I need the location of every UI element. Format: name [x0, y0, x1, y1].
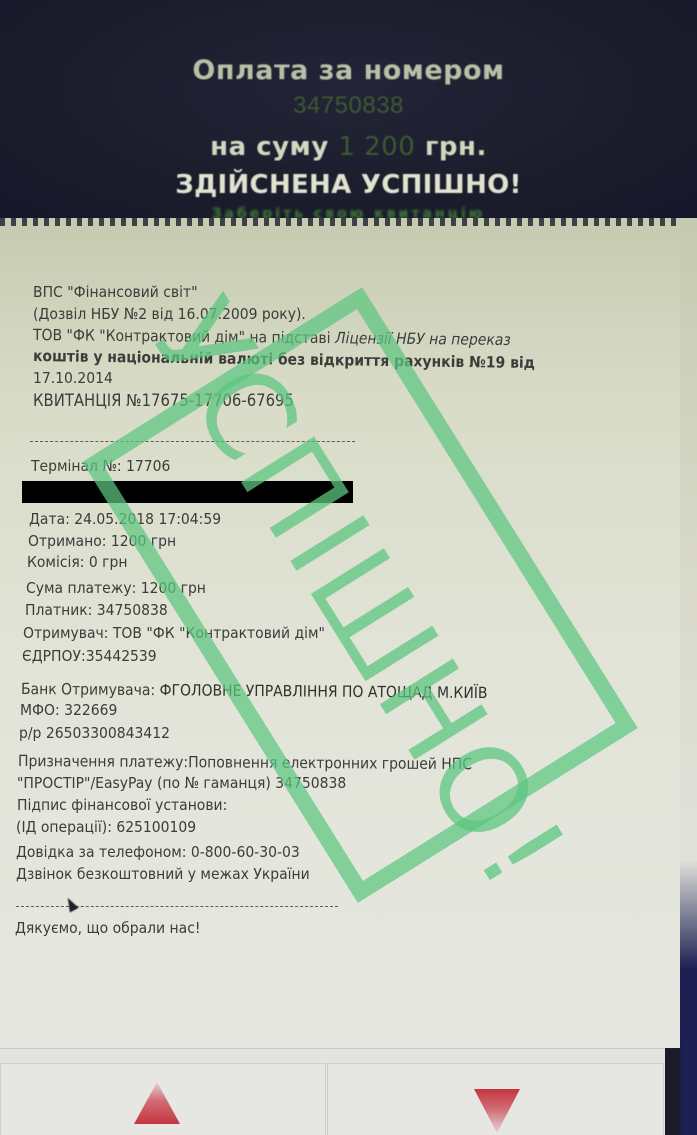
receipt-purpose-line2: "ПРОСТІР"/EasyPay (по № гаманця) 3475083… — [17, 773, 346, 795]
triangle-down-icon — [474, 1089, 520, 1133]
amount-line: на суму 1 200 грн. — [0, 132, 697, 162]
receipt-commission: Комісія: 0 грн — [27, 552, 127, 574]
receipt-purpose-line1: Призначення платежу:Поповнення електронн… — [18, 751, 472, 776]
header-title: Оплата за номером — [0, 55, 697, 86]
receipt-account: р/р 26503300843412 — [19, 723, 170, 745]
receipt-thanks: Дякуємо, що обрали нас! — [15, 918, 200, 940]
receipt-license-line3: 17.10.2014 — [33, 368, 113, 390]
receipt-helpline: Довідка за телефоном: 0-800-60-30-03 — [16, 842, 300, 864]
receipt-edrpou: ЄДРПОУ:35442539 — [22, 646, 157, 668]
receipt-signature: Підпис фінансової установи: — [17, 795, 227, 817]
scroll-up-button[interactable] — [0, 1063, 326, 1135]
receipt-free-call: Дзвінок безкоштовний у межах України — [16, 864, 310, 886]
receipt-payment-sum: Сума платежу: 1200 грн — [26, 578, 206, 600]
receipt-operation-id: (ІД операції): 625100109 — [16, 817, 196, 839]
scroll-navigation — [0, 1048, 665, 1135]
receipt-date: Дата: 24.05.2018 17:04:59 — [29, 509, 221, 531]
receipt-received: Отримано: 1200 грн — [28, 531, 176, 553]
triangle-up-icon — [134, 1082, 180, 1124]
payment-result-header: Оплата за номером 34750838 на суму 1 200… — [0, 0, 697, 225]
amount-prefix: на суму — [210, 132, 338, 162]
receipt-org-name: ВПС "Фінансовий світ" — [33, 282, 198, 304]
receipt-preview: ВПС "Фінансовий світ" (Дозвіл НБУ №2 від… — [0, 218, 680, 1048]
amount-value: 1 200 — [338, 132, 415, 162]
amount-suffix: грн. — [415, 132, 487, 162]
receipt-permit: (Дозвіл НБУ №2 від 16.07.2009 року). — [33, 304, 306, 326]
success-status: ЗДІЙСНЕНА УСПІШНО! — [0, 170, 697, 200]
wallet-number: 34750838 — [0, 92, 697, 120]
screen-bezel — [683, 990, 697, 1135]
receipt-payer: Платник: 34750838 — [25, 600, 168, 622]
separator — [16, 906, 338, 907]
separator — [30, 441, 355, 442]
redacted-field — [22, 481, 353, 503]
receipt-terminal: Термінал №: 17706 — [31, 456, 170, 478]
scroll-down-button[interactable] — [327, 1063, 664, 1135]
receipt-recipient: Отримувач: ТОВ "ФК "Контрактовий дім" — [23, 623, 325, 645]
receipt-mfo: МФО: 322669 — [20, 700, 117, 722]
receipt-number: КВИТАНЦІЯ №17675-17706-67695 — [33, 390, 294, 412]
